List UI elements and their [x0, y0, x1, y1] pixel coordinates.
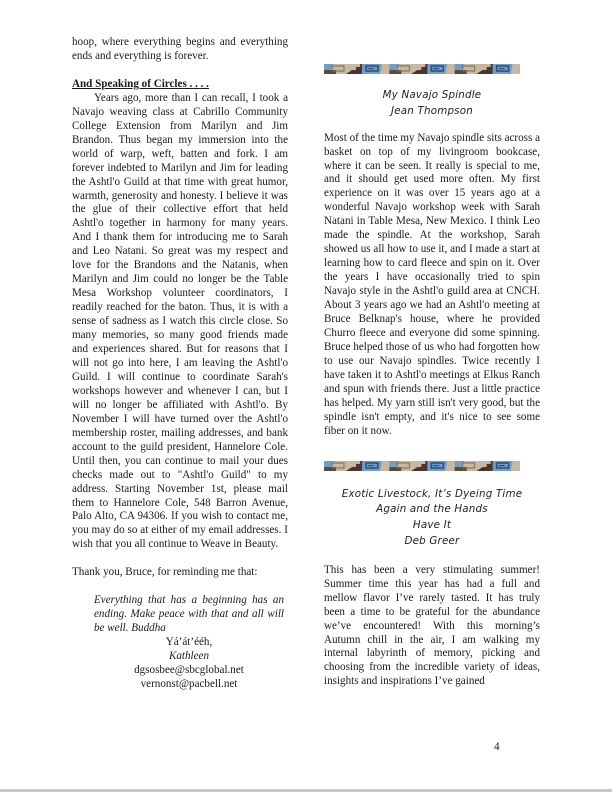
left-column: hoop, where everything begins and everyt… [72, 36, 288, 692]
buddha-quote: Everything that has a beginning has an e… [94, 594, 284, 636]
right-column: My Navajo Spindle Jean Thompson Most of … [324, 36, 540, 689]
navajo-weave-banner-icon [324, 64, 520, 74]
article-2-author: Deb Greer [324, 534, 540, 550]
navajo-weave-banner-icon [324, 461, 520, 471]
signoff-greeting: Yá’át’ééh, [72, 636, 284, 650]
article-1-author: Jean Thompson [324, 104, 540, 120]
article-body: Years ago, more than I can recall, I too… [72, 92, 288, 552]
thanks-line: Thank you, Bruce, for reminding me that: [72, 566, 288, 580]
signoff-name: Kathleen [72, 650, 284, 664]
page-number: 4 [494, 741, 500, 753]
email-address-2[interactable]: vernonst@pacbell.net [72, 678, 284, 692]
article-2-title-line-1: Exotic Livestock, It’s Dyeing Time [324, 487, 540, 503]
intro-continuation: hoop, where everything begins and everyt… [72, 36, 288, 64]
article-heading: And Speaking of Circles . . . . [72, 78, 288, 92]
article-1-title: My Navajo Spindle [324, 88, 540, 104]
article-1-body: Most of the time my Navajo spindle sits … [324, 132, 540, 439]
article-2-title-line-2: Again and the Hands [324, 502, 540, 518]
email-address-1[interactable]: dgsosbee@sbcglobal.net [72, 664, 284, 678]
article-2-title-line-3: Have It [324, 518, 540, 534]
article-2-body: This has been a very stimulating summer!… [324, 564, 540, 690]
